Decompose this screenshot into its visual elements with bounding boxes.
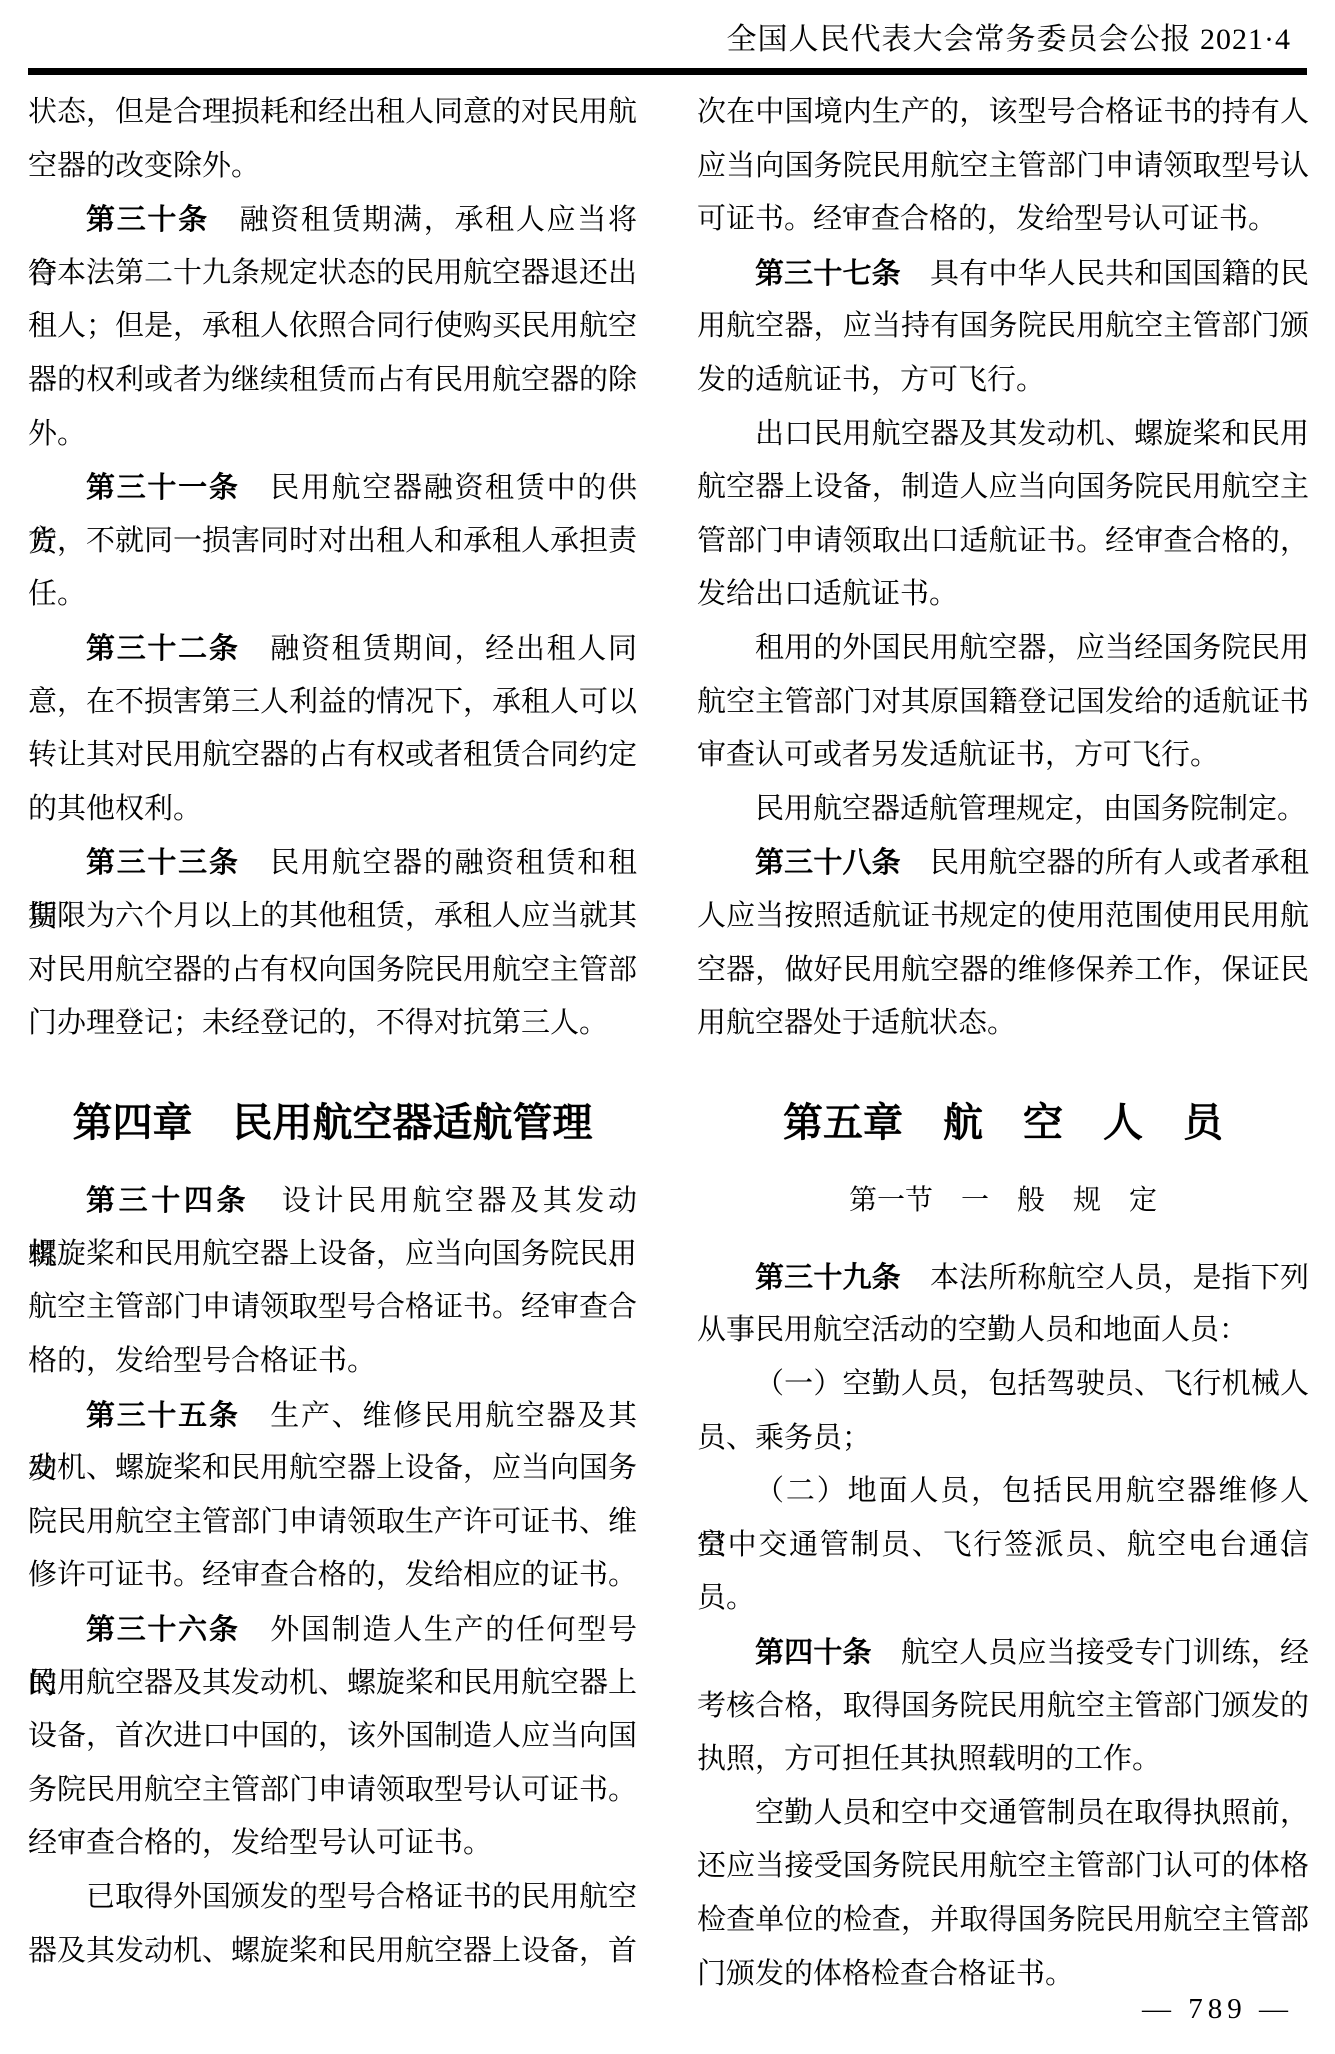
text-line: 转让其对民用航空器的占有权或者租赁合同约定 — [28, 729, 637, 783]
text-line: 空中交通管制员、飞行签派员、航空电台通信 — [697, 1519, 1309, 1573]
text-line: 设备，首次进口中国的，该外国制造人应当向国 — [28, 1710, 637, 1764]
text-line: 器的权利或者为继续租赁而占有民用航空器的除 — [28, 354, 637, 408]
text-line: 还应当接受国务院民用航空主管部门认可的体格 — [697, 1840, 1309, 1894]
text-line: 第三十九条 本法所称航空人员，是指下列 — [697, 1251, 1309, 1305]
text-line: 已取得外国颁发的型号合格证书的民用航空 — [28, 1871, 637, 1925]
text-line: 发的适航证书，方可飞行。 — [697, 354, 1309, 408]
text-line: （一）空勤人员，包括驾驶员、飞行机械人 — [697, 1358, 1309, 1412]
text-line: 第四十条 航空人员应当接受专门训练，经 — [697, 1626, 1309, 1680]
article-number: 第三十八条 — [755, 845, 901, 879]
text-line: 第三十二条 融资租赁期间，经出租人同 — [28, 622, 637, 676]
text-line: 审查认可或者另发适航证书，方可飞行。 — [697, 729, 1309, 783]
text-line: 期限为六个月以上的其他租赁，承租人应当就其 — [28, 890, 637, 944]
article-number: 第三十一条 — [86, 470, 240, 504]
text-line: 可证书。经审查合格的，发给型号认可证书。 — [697, 193, 1309, 247]
text-line: 空器的改变除外。 — [28, 140, 637, 194]
text-line: 执照，方可担任其执照载明的工作。 — [697, 1733, 1309, 1787]
text-line: 检查单位的检查，并取得国务院民用航空主管部 — [697, 1894, 1309, 1948]
text-line: 的其他权利。 — [28, 783, 637, 837]
article-number: 第三十九条 — [755, 1260, 901, 1294]
text-line: 从事民用航空活动的空勤人员和地面人员： — [697, 1304, 1309, 1358]
text-line: 租人；但是，承租人依照合同行使购买民用航空 — [28, 300, 637, 354]
text-line: 第三十三条 民用航空器的融资租赁和租赁 — [28, 836, 637, 890]
text-line: 任。 — [28, 568, 637, 622]
text-line: 次在中国境内生产的，该型号合格证书的持有人 — [697, 86, 1309, 140]
text-line: 航空主管部门对其原国籍登记国发给的适航证书 — [697, 676, 1309, 730]
text-line: 第三十条 融资租赁期满，承租人应当将符 — [28, 193, 637, 247]
right-column: 次在中国境内生产的，该型号合格证书的持有人应当向国务院民用航空主管部门申请领取型… — [697, 86, 1309, 2001]
header-rule — [28, 68, 1307, 75]
article-number: 第三十二条 — [86, 631, 240, 665]
page-number: — 789 — — [1142, 1993, 1293, 2026]
text-line: 合本法第二十九条规定状态的民用航空器退还出 — [28, 247, 637, 301]
text-line: 对民用航空器的占有权向国务院民用航空主管部 — [28, 944, 637, 998]
text-line: 器及其发动机、螺旋桨和民用航空器上设备，首 — [28, 1925, 637, 1979]
text-line: 航空主管部门申请领取型号合格证书。经审查合 — [28, 1281, 637, 1335]
text-line: 发给出口适航证书。 — [697, 568, 1309, 622]
article-number: 第三十五条 — [86, 1398, 240, 1432]
article-number: 第三十条 — [86, 202, 209, 236]
text-line: 格的，发给型号合格证书。 — [28, 1335, 637, 1389]
text-line: 民用航空器及其发动机、螺旋桨和民用航空器上 — [28, 1657, 637, 1711]
text-line: （二）地面人员，包括民用航空器维修人员、 — [697, 1465, 1309, 1519]
text-line: 员。 — [697, 1572, 1309, 1626]
text-line: 用航空器处于适航状态。 — [697, 997, 1309, 1051]
text-line: 院民用航空主管部门申请领取生产许可证书、维 — [28, 1496, 637, 1550]
text-line: 管部门申请领取出口适航证书。经审查合格的， — [697, 515, 1309, 569]
text-line: 人应当按照适航证书规定的使用范围使用民用航 — [697, 890, 1309, 944]
text-line: 第三十八条 民用航空器的所有人或者承租 — [697, 836, 1309, 890]
text-line: 意，在不损害第三人利益的情况下，承租人可以 — [28, 676, 637, 730]
text-line: 空器，做好民用航空器的维修保养工作，保证民 — [697, 944, 1309, 998]
chapter-heading: 第五章 航 空 人 员 — [697, 1097, 1309, 1151]
bulletin-page: 全国人民代表大会常务委员会公报 2021·4 状态，但是合理损耗和经出租人同意的… — [0, 0, 1335, 2054]
article-number: 第三十三条 — [86, 845, 240, 879]
article-number: 第三十四条 — [86, 1183, 249, 1217]
text-line: 出口民用航空器及其发动机、螺旋桨和民用 — [697, 408, 1309, 462]
text-line: 第三十四条 设计民用航空器及其发动机、 — [28, 1174, 637, 1228]
bulletin-header-title: 全国人民代表大会常务委员会公报 2021·4 — [727, 22, 1292, 58]
left-column: 状态，但是合理损耗和经出租人同意的对民用航空器的改变除外。第三十条 融资租赁期满… — [28, 86, 637, 1978]
text-line: 外。 — [28, 408, 637, 462]
text-line: 用航空器，应当持有国务院民用航空主管部门颁 — [697, 300, 1309, 354]
text-line: 第三十五条 生产、维修民用航空器及其发 — [28, 1389, 637, 1443]
text-line: 民用航空器适航管理规定，由国务院制定。 — [697, 783, 1309, 837]
text-line: 修许可证书。经审查合格的，发给相应的证书。 — [28, 1549, 637, 1603]
text-line: 状态，但是合理损耗和经出租人同意的对民用航 — [28, 86, 637, 140]
text-line: 务院民用航空主管部门申请领取型号认可证书。 — [28, 1764, 637, 1818]
article-number: 第四十条 — [755, 1635, 872, 1669]
text-line: 租用的外国民用航空器，应当经国务院民用 — [697, 622, 1309, 676]
section-heading: 第一节 一 般 规 定 — [697, 1174, 1309, 1228]
article-number: 第三十六条 — [86, 1612, 240, 1646]
text-line: 方，不就同一损害同时对出租人和承租人承担责 — [28, 515, 637, 569]
text-line: 经审查合格的，发给型号认可证书。 — [28, 1817, 637, 1871]
text-line: 第三十七条 具有中华人民共和国国籍的民 — [697, 247, 1309, 301]
article-number: 第三十七条 — [755, 256, 901, 290]
text-line: 考核合格，取得国务院民用航空主管部门颁发的 — [697, 1680, 1309, 1734]
text-line: 应当向国务院民用航空主管部门申请领取型号认 — [697, 140, 1309, 194]
text-line: 员、乘务员； — [697, 1412, 1309, 1466]
text-line: 动机、螺旋桨和民用航空器上设备，应当向国务 — [28, 1442, 637, 1496]
text-line: 门办理登记；未经登记的，不得对抗第三人。 — [28, 997, 637, 1051]
text-line: 航空器上设备，制造人应当向国务院民用航空主 — [697, 461, 1309, 515]
chapter-heading: 第四章 民用航空器适航管理 — [28, 1097, 637, 1151]
text-line: 空勤人员和空中交通管制员在取得执照前， — [697, 1787, 1309, 1841]
text-line: 螺旋桨和民用航空器上设备，应当向国务院民用 — [28, 1228, 637, 1282]
text-line: 第三十六条 外国制造人生产的任何型号的 — [28, 1603, 637, 1657]
text-line: 第三十一条 民用航空器融资租赁中的供货 — [28, 461, 637, 515]
